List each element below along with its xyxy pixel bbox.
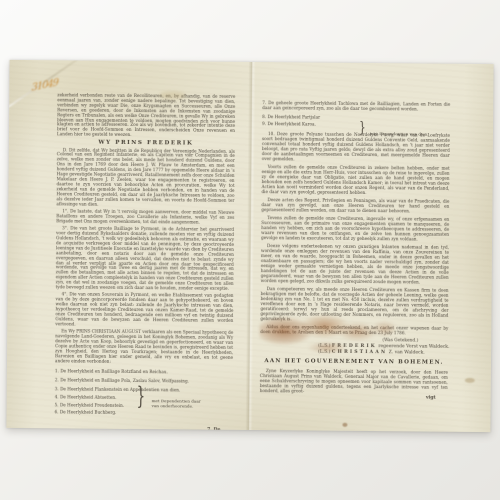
heerlykheid-item: 9. De Heerlykheid Karoa. — [262, 120, 450, 129]
signed-label: (Was Getekend.) — [260, 337, 418, 343]
paragraph-article-1: 1°. De laatste, dat Wy in 't vervolg mog… — [56, 209, 234, 225]
photo-background: 31049 zekerheid verbonden reste van de R… — [0, 0, 500, 500]
brace-glyph: } — [137, 394, 145, 399]
handwritten-inventory-mark: 31049 — [32, 77, 58, 94]
paragraph-continuation: zekerheid verbonden reste van de Recolli… — [57, 93, 235, 139]
paragraph-final: Zyne Keyzerlyke Koninglyke Majesteit hee… — [260, 368, 448, 395]
paragraph-item-7: 7. De geheele groote Heerlykheid Tachlow… — [262, 100, 450, 112]
paragraph-article-4: 4°. Die van onzen Souverain in Pyrmont, … — [55, 293, 233, 329]
heading-aan-het-gouvernement: AAN HET GOUVERNEMENT VAN BOHEMEN. — [260, 360, 448, 367]
catchword-left: 7. De — [54, 427, 220, 432]
paragraph: Voorts zullen de gemelde onze Crediteure… — [261, 164, 449, 196]
heerlykheid-note: met Dependentien van dien. — [370, 131, 429, 137]
paragraph-article-3: 3°. Die van het groote Bailliage te Pyrm… — [56, 226, 235, 291]
signature-name: FREDERIK — [332, 344, 377, 349]
signature-suffix: Z. van Waldeck. — [389, 350, 425, 355]
heading-wy-prins-frederik: WY PRINS FREDERIK — [57, 140, 235, 146]
paragraph: Dan competeeren wy, als meede onze Heere… — [260, 286, 448, 323]
paragraph-closing: Aldus door ons eygenhandig onderteekend,… — [260, 324, 448, 336]
paragraph: Deeze volgens onderteekenen wy onzen gun… — [261, 243, 449, 285]
center-fold-crease — [245, 62, 255, 430]
paragraph-declaration: En Wy PRINS CHRISTIAAN AUGUST verklaaren… — [55, 330, 233, 366]
signature-name: CHRISTIAAN — [332, 350, 388, 355]
catchword-right: vigt — [260, 394, 436, 401]
heerlykheid-list: 8. De Heerlykheid Partjslar 9. De Heerly… — [262, 113, 450, 130]
paragraph-intro: D. Dit zelfde, dat Wy bezitten in de Rep… — [56, 148, 235, 208]
left-page-column: zekerheid verbonden reste van de Recolli… — [54, 93, 235, 432]
paragraph: Deeze acten des Regent, Privilegien en P… — [261, 197, 449, 214]
document-sheet: 31049 zekerheid verbonden reste van de R… — [6, 60, 493, 432]
estate-list: 1. De Heerlykheid en Bailliage Rotzfland… — [54, 366, 233, 428]
paragraph: Tevens zullen de gemelde onze Crediteure… — [261, 215, 449, 242]
estate-list-note: met Dependentien daar van onderhoorende. — [152, 399, 207, 409]
brace-glyph: } — [359, 125, 366, 130]
right-page-column: 7. De geheele groote Heerlykheid Tachlow… — [260, 100, 451, 401]
seal-abbr: (L.S.) — [318, 344, 330, 349]
signature-christiaan: (L.S.) CHRISTIAAN Z. van Waldeck. — [318, 349, 448, 356]
stain-spot — [465, 378, 475, 383]
seal-abbr: (L.S.) — [318, 349, 330, 354]
stain-spot — [342, 423, 347, 427]
